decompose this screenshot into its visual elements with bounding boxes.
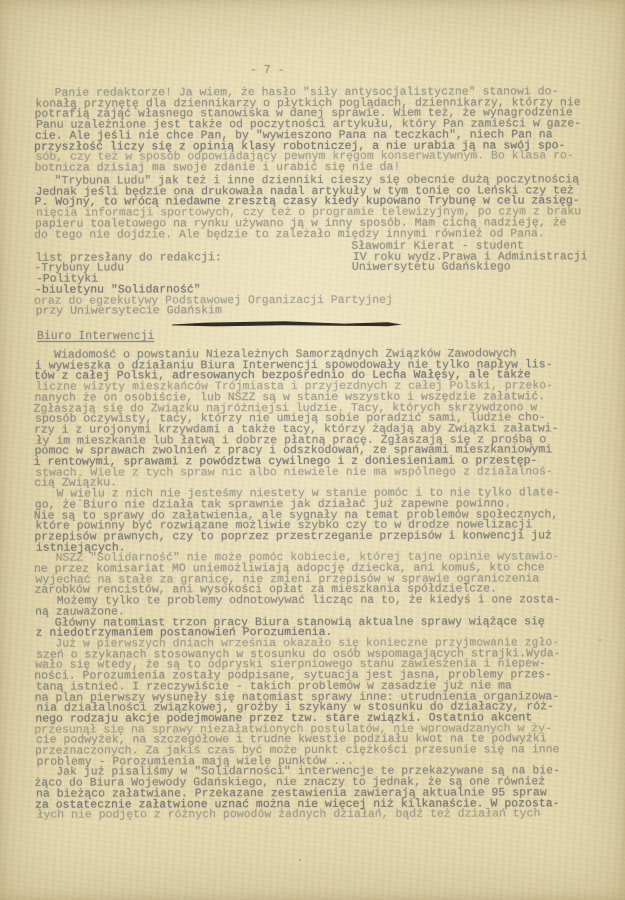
section-body: Wiadomość o powstaniu Niezależnych Samor… — [34, 349, 560, 821]
text-line: przy Uniwersytecie Gdańskim — [36, 305, 588, 317]
page-number: - 7 - — [250, 66, 285, 77]
document-page: - 7 - Panie redaktorze! Ja wiem, że hasł… — [0, 0, 625, 900]
text-line: łych nie podjęto z różnych powodów żadny… — [37, 810, 562, 822]
section-heading: Biuro Interwencji — [37, 332, 154, 343]
letter-body-2: "Trybuna Ludu" jak też i inne dzienniki … — [35, 175, 580, 241]
letter-body: Panie redaktorze! Ja wiem, że hasło "sił… — [35, 87, 580, 174]
hand-drawn-divider — [172, 319, 404, 329]
signature-block: Sławomir Kierat - studentlist przesłany … — [35, 241, 587, 317]
